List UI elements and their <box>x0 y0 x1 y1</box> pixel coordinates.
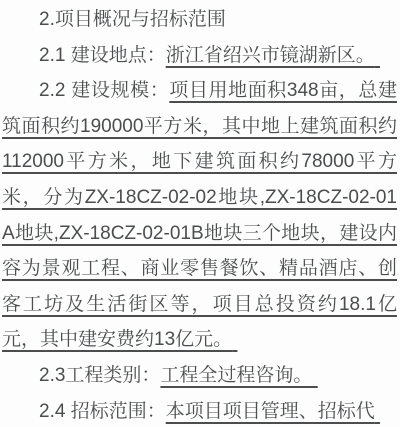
section-label: 2.3工程类别： <box>39 365 160 386</box>
section-heading-text: 2.项目概况与招标范围 <box>39 9 226 30</box>
section-label: 2.1 建设地点： <box>39 45 166 66</box>
section-value-underlined: 工程全过程咨询。 <box>160 365 317 386</box>
paragraph-construction-site: 2.1 建设地点：浙江省绍兴市镜湖新区。 <box>2 38 397 74</box>
section-label: 2.4 招标范围： <box>39 401 166 422</box>
section-value-underlined: 本项目项目管理、招标代 <box>166 401 380 422</box>
paragraph-project-category: 2.3工程类别：工程全过程咨询。 <box>2 358 397 394</box>
section-heading: 2.项目概况与招标范围 <box>2 2 397 38</box>
section-label: 2.2 建设规模： <box>39 80 169 101</box>
section-value-underlined: 浙江省绍兴市镜湖新区。 <box>166 45 380 66</box>
document-page: 2.项目概况与招标范围 2.1 建设地点：浙江省绍兴市镜湖新区。 2.2 建设规… <box>0 0 400 427</box>
section-value-underlined: 项目用地面积348亩，总建筑面积约190000平方米，其中地上建筑面积约1120… <box>2 80 397 350</box>
paragraph-bidding-scope: 2.4 招标范围：本项目项目管理、招标代 <box>2 394 397 427</box>
paragraph-construction-scale: 2.2 建设规模：项目用地面积348亩，总建筑面积约190000平方米，其中地上… <box>2 73 397 358</box>
